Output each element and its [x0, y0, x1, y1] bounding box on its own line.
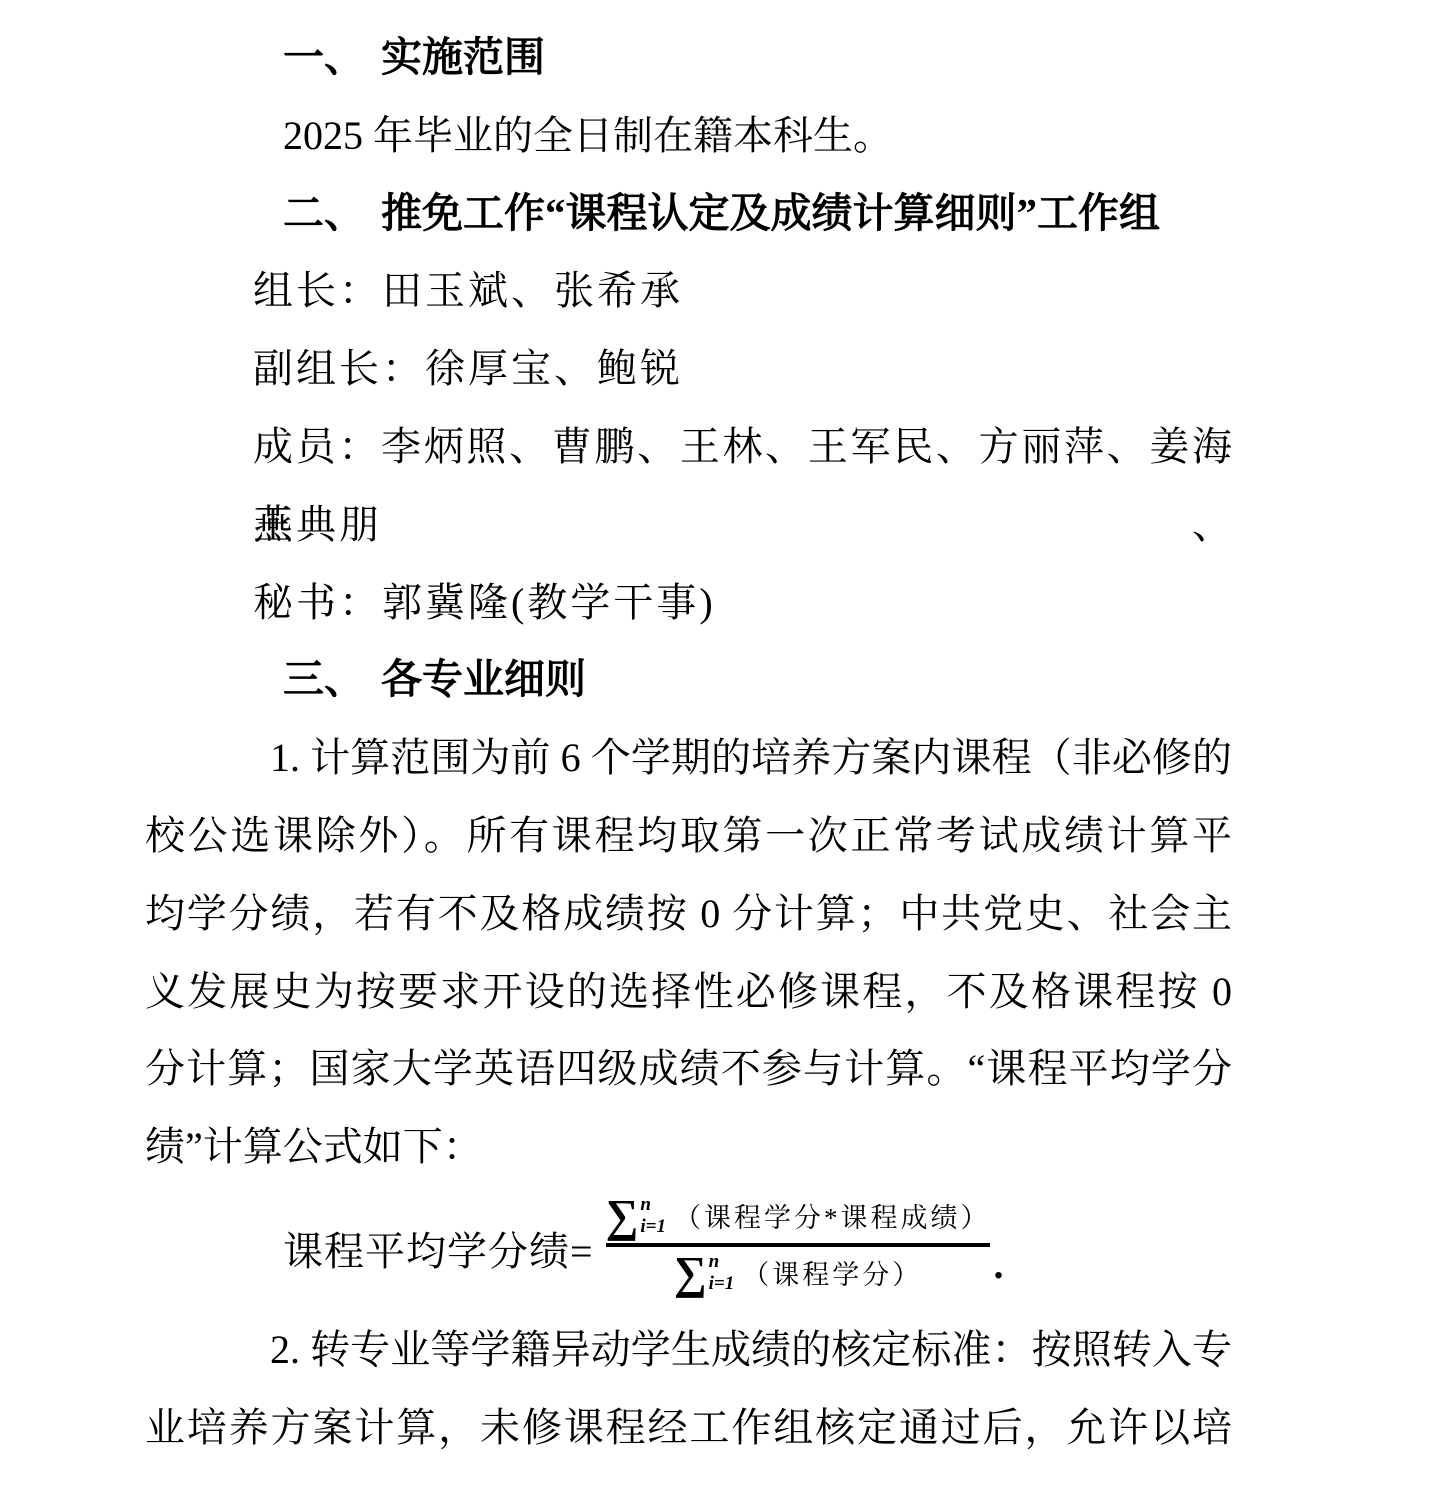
heading-3-number: 三、	[283, 656, 365, 702]
formula-fraction: ∑ ni=1 （课程学分*课程成绩） ∑ ni=1 （课程学分）	[606, 1193, 991, 1296]
document-content: 一、实施范围 2025 年毕业的全日制在籍本科生。 二、推免工作“课程认定及成绩…	[145, 19, 1232, 1467]
sum-lower-limit: i=1	[709, 1273, 735, 1295]
item2-line-1: 2. 转专业等学籍异动学生成绩的核定标准：按照转入专	[145, 1311, 1232, 1389]
item1-line-3: 均学分绩，若有不及格成绩按 0 分计算；中共党史、社会主	[145, 875, 1232, 953]
item1-line-6: 绩”计算公式如下：	[145, 1108, 1232, 1186]
item1-line-1: 1. 计算范围为前 6 个学期的培养方案内课程（非必修的	[145, 719, 1232, 797]
item1-line-5: 分计算；国家大学英语四级成绩不参与计算。“课程平均学分	[145, 1030, 1232, 1108]
formula-denominator-text: （课程学分）	[742, 1253, 922, 1292]
gpa-formula: 课程平均学分绩= ∑ ni=1 （课程学分*课程成绩） ∑ ni=1 （课程学分…	[145, 1186, 1232, 1311]
document-page: 一、实施范围 2025 年毕业的全日制在籍本科生。 二、推免工作“课程认定及成绩…	[0, 0, 1432, 1495]
formula-numerator-text: （课程学分*课程成绩）	[674, 1196, 991, 1235]
heading-1-number: 一、	[283, 34, 365, 80]
sigma-icon: ∑	[674, 1250, 707, 1296]
sum-symbol-numerator: ∑ ni=1	[606, 1193, 666, 1239]
item2-line-2: 业培养方案计算，未修课程经工作组核定通过后，允许以培	[145, 1389, 1232, 1467]
formula-numerator-row: ∑ ni=1 （课程学分*课程成绩）	[606, 1193, 991, 1239]
heading-3-title: 各专业细则	[381, 656, 586, 702]
heading-2-title: 推免工作“课程认定及成绩计算细则”工作组	[381, 190, 1160, 236]
heading-1: 一、实施范围	[145, 19, 1232, 97]
sum-upper-limit: n	[640, 1194, 651, 1216]
heading-2: 二、推免工作“课程认定及成绩计算细则”工作组	[145, 175, 1232, 253]
group-leader-line: 组长：田玉斌、张希承	[145, 252, 1232, 330]
sum-upper-limit: n	[709, 1251, 720, 1273]
formula-lhs: 课程平均学分绩=	[283, 1220, 594, 1277]
formula-denominator-row: ∑ ni=1 （课程学分）	[674, 1250, 922, 1296]
item1-line-4: 义发展史为按要求开设的选择性必修课程，不及格课程按 0	[145, 953, 1232, 1031]
item1-line-2: 校公选课除外）。所有课程均取第一次正常考试成绩计算平	[145, 797, 1232, 875]
paragraph-scope: 2025 年毕业的全日制在籍本科生。	[145, 97, 1232, 175]
sigma-icon: ∑	[606, 1193, 639, 1239]
sum-lower-limit: i=1	[640, 1216, 666, 1238]
group-deputy-line: 副组长：徐厚宝、鲍锐	[145, 330, 1232, 408]
fraction-bar	[606, 1243, 991, 1247]
group-members-line-1: 成员：李炳照、曹鹏、王林、王军民、方丽萍、姜海燕、	[145, 408, 1232, 486]
heading-3: 三、各专业细则	[145, 641, 1232, 719]
sum-symbol-denominator: ∑ ni=1	[674, 1250, 734, 1296]
formula-period: .	[993, 1241, 1003, 1288]
group-secretary-line: 秘书：郭冀隆(教学干事)	[145, 564, 1232, 642]
heading-2-number: 二、	[283, 190, 365, 236]
heading-1-title: 实施范围	[381, 34, 545, 80]
